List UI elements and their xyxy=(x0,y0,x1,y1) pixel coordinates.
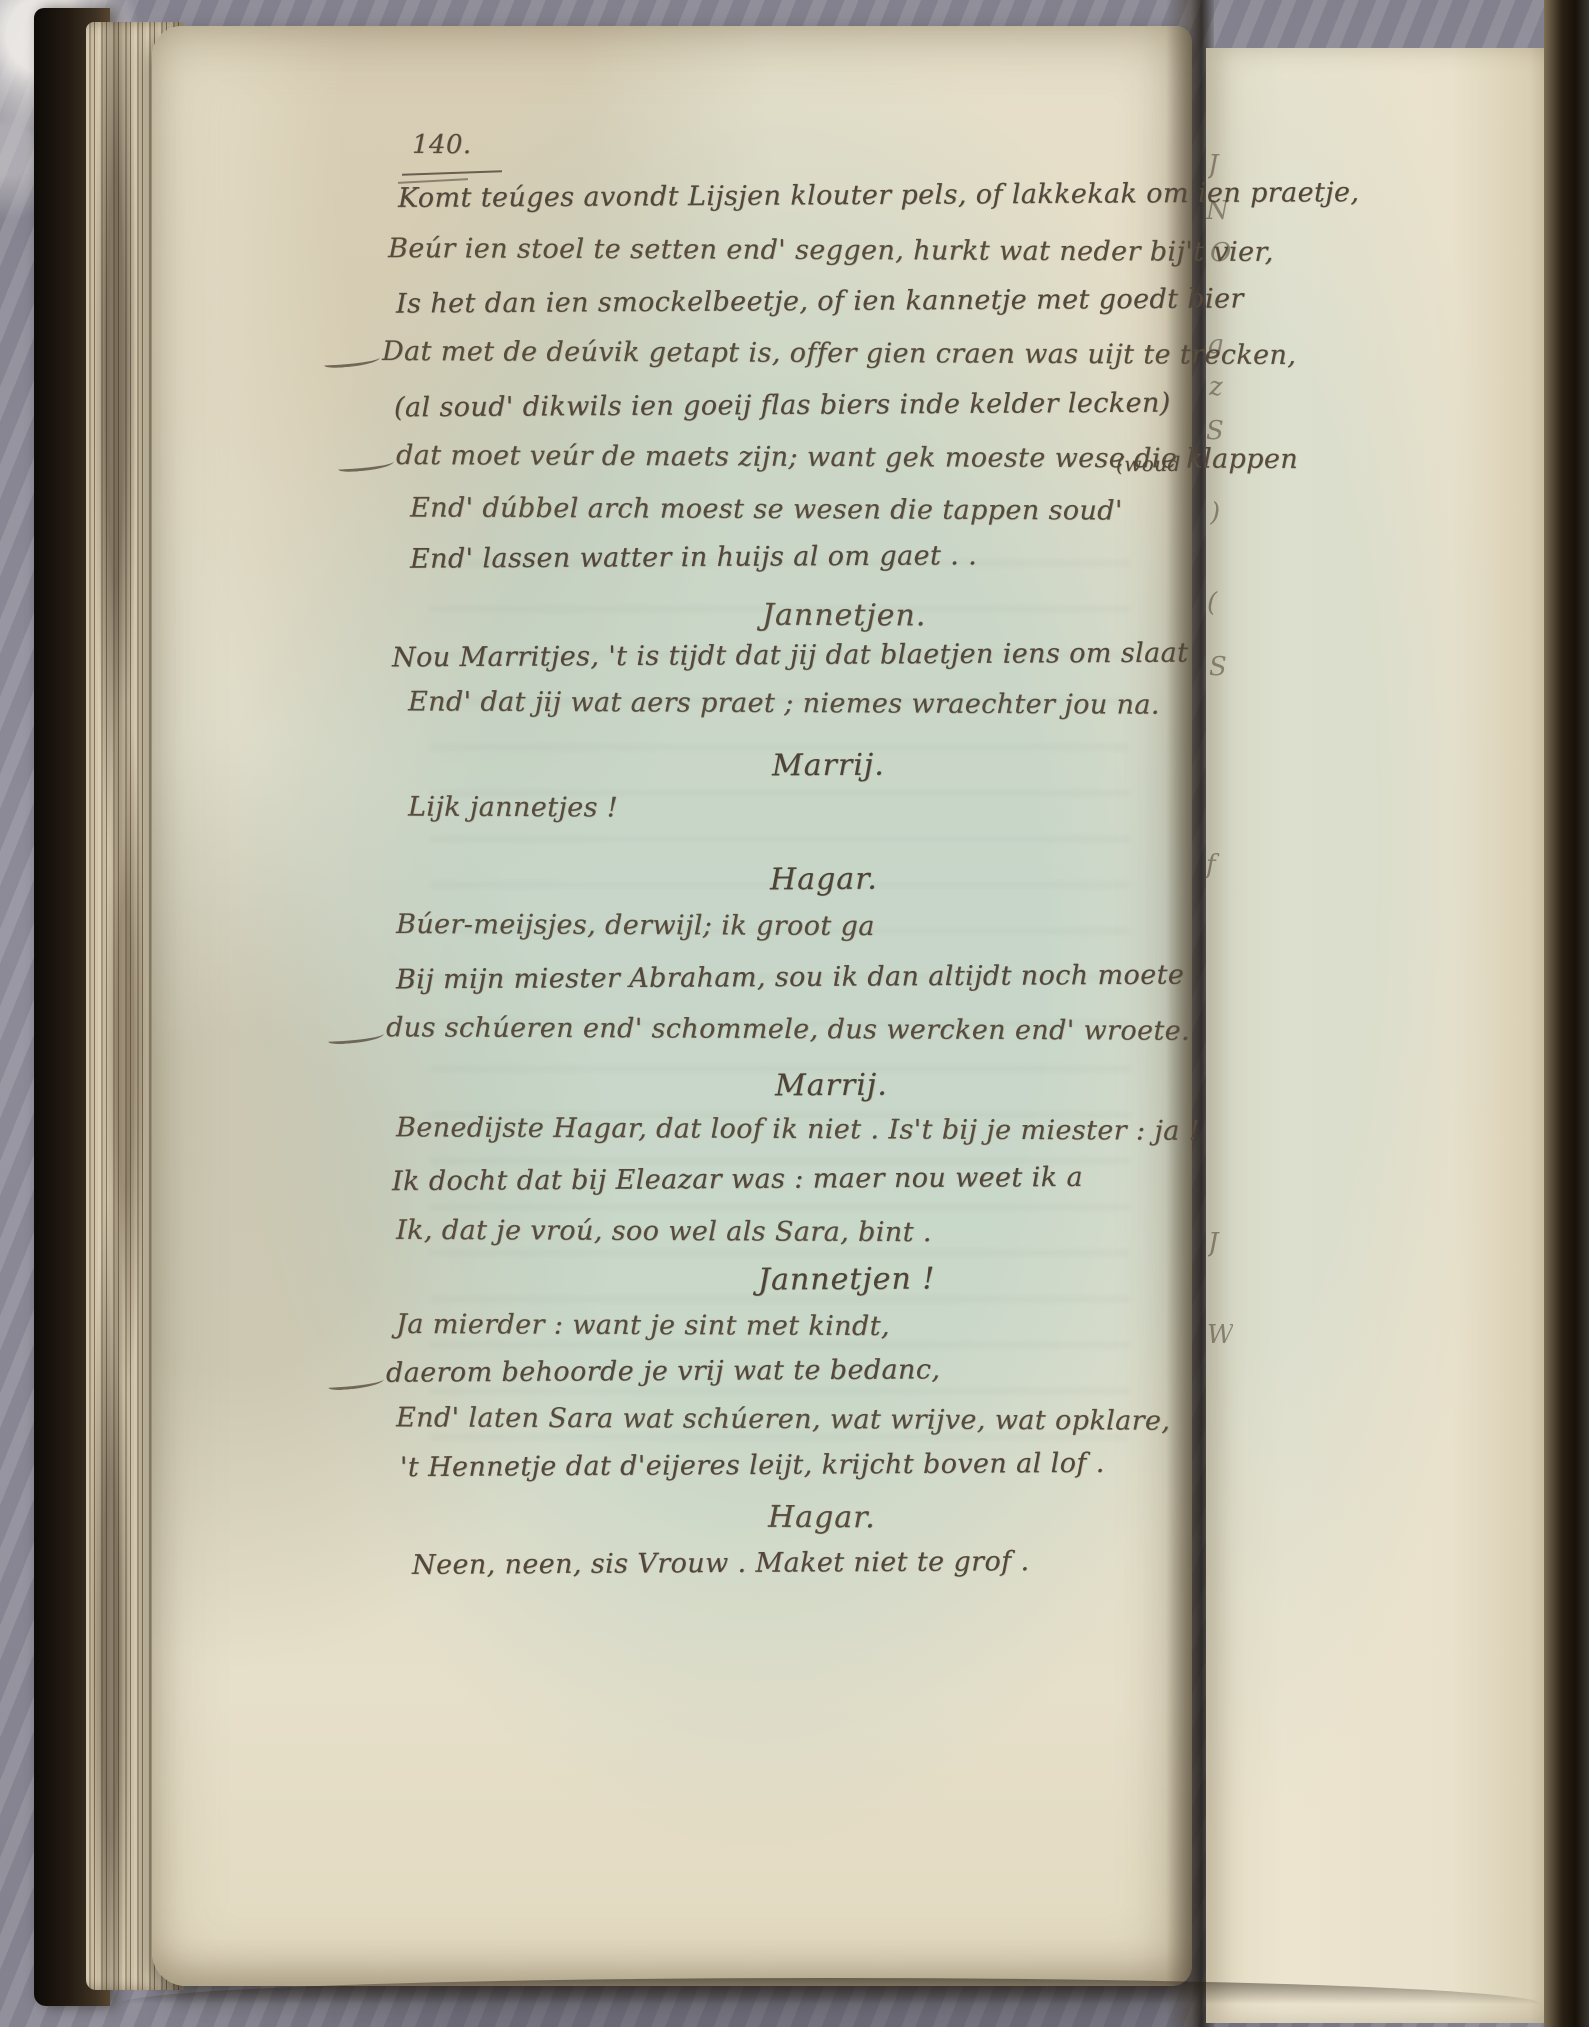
next-page-text-fragment: J xyxy=(1208,1228,1234,1258)
next-page-text-fragment: W xyxy=(1207,1320,1233,1350)
manuscript-line: daerom behoorde je vrij wat te bedanc, xyxy=(386,1354,940,1390)
next-page-text-fragment: J xyxy=(1208,150,1234,180)
next-page-text-fragment: S xyxy=(1209,652,1235,682)
manuscript-line: Lijk jannetjes ! xyxy=(408,792,618,825)
speaker-heading-jannetjen: Jannetjen. xyxy=(762,598,926,635)
manuscript-line: dus schúeren end' schommele, dus wercken… xyxy=(386,1012,1190,1048)
manuscript-line: Búer-meijsjes, derwijl; ik groot ga xyxy=(396,909,875,943)
next-page-text-fragment: S xyxy=(1206,416,1232,446)
manuscript-line: Neen, neen, sis Vrouw . Maket niet te gr… xyxy=(412,1546,1030,1582)
manuscript-line: End' laten Sara wat schúeren, wat wrijve… xyxy=(396,1402,1170,1438)
manuscript-line: Beúr ien stoel te setten end' seggen, hu… xyxy=(388,233,1274,269)
next-page-text-fragment: g xyxy=(1207,330,1233,360)
manuscript-line: End' dúbbel arch moest se wesen die tapp… xyxy=(410,492,1123,528)
manuscript-line: Bij mijn miester Abraham, sou ik dan alt… xyxy=(396,960,1184,997)
speaker-heading-marrij: Marrij. xyxy=(775,1068,888,1105)
page-number: 140. xyxy=(412,130,472,161)
manuscript-line: Ja mierder : want je sint met kindt, xyxy=(396,1309,890,1344)
manuscript-line: Ik, dat je vroú, soo wel als Sara, bint … xyxy=(396,1215,932,1250)
next-page-text-fragment: ( xyxy=(1207,588,1233,618)
next-page-text-fragment: ) xyxy=(1210,498,1236,528)
manuscript-line: End' lassen watter in huijs al om gaet .… xyxy=(410,540,977,576)
speaker-heading-marrij: Marrij. xyxy=(772,748,885,785)
manuscript-line: Benedijste Hagar, dat loof ik niet . Is'… xyxy=(396,1112,1200,1148)
speaker-heading-hagar: Hagar. xyxy=(770,862,878,899)
next-page-text-fragment: f xyxy=(1206,850,1232,880)
next-page-text-fragment: O xyxy=(1210,238,1236,268)
book-cover-right xyxy=(1544,0,1589,2027)
manuscript-line: (al soud' dikwils ien goeij flas biers i… xyxy=(394,388,1171,425)
manuscript-line: 't Hennetje dat d'eijeres leijt, krijcht… xyxy=(400,1448,1105,1485)
manuscript-photo: 140. Komt teúges avondt Lijsjen klouter … xyxy=(0,0,1589,2027)
manuscript-line: Nou Marritjes, 't is tijdt dat jij dat b… xyxy=(392,638,1189,675)
next-page-text-fragment: z xyxy=(1209,372,1235,402)
next-page-text-fragment: N xyxy=(1206,196,1232,226)
manuscript-line: Ik docht dat bij Eleazar was : maer nou … xyxy=(392,1162,1083,1199)
manuscript-line: End' dat jij wat aers praet ; niemes wra… xyxy=(408,686,1160,722)
manuscript-line: Dat met de deúvik getapt is, offer gien … xyxy=(382,336,1296,372)
speaker-heading-jannetjen: Jannetjen ! xyxy=(758,1261,936,1298)
margin-note: (woud xyxy=(1116,452,1181,476)
manuscript-line: Is het dan ien smockelbeetje, of ien kan… xyxy=(396,283,1244,321)
speaker-heading-hagar: Hagar. xyxy=(768,1500,876,1536)
